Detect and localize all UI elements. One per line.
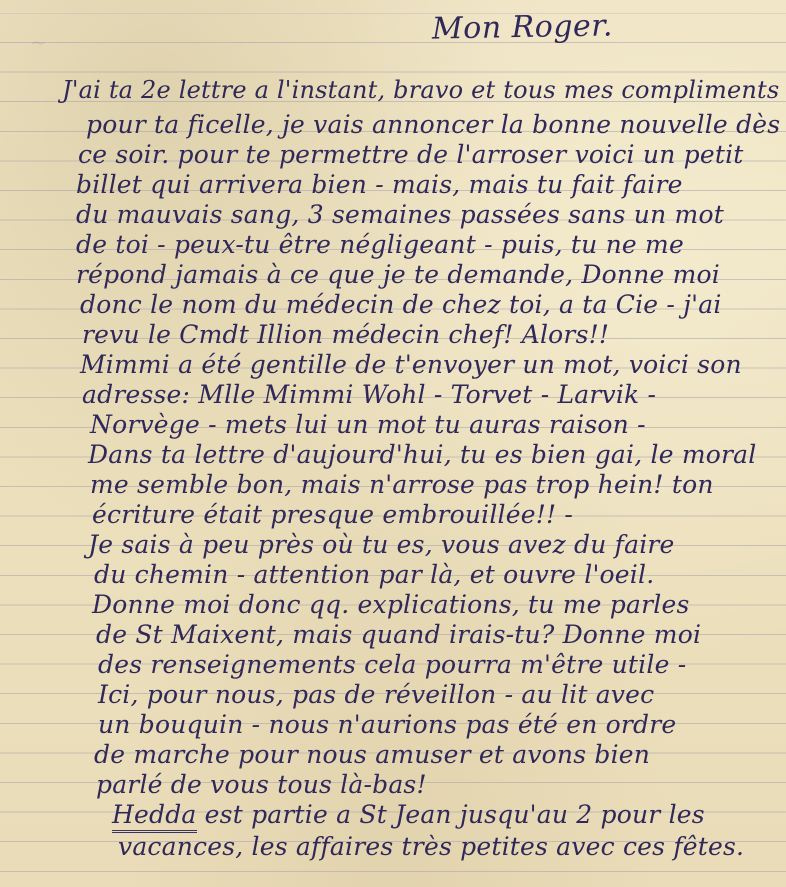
letter-line: billet qui arrivera bien - mais, mais tu… bbox=[76, 170, 683, 199]
letter-line: Donne moi donc qq. explications, tu me p… bbox=[92, 590, 689, 619]
underlined-name: Hedda bbox=[112, 800, 197, 833]
letter-line: du mauvais sang, 3 semaines passées sans… bbox=[76, 200, 724, 229]
bleed-through-marks: ~ bbox=[30, 30, 47, 54]
letter-line: de marche pour nous amuser et avons bien bbox=[94, 740, 650, 769]
letter-line: parlé de vous tous là-bas! bbox=[96, 770, 427, 799]
letter-line-text: est partie a St Jean jusqu'au 2 pour les bbox=[205, 800, 705, 829]
letter-line: donc le nom du médecin de chez toi, a ta… bbox=[80, 290, 722, 319]
letter-line: de toi - peux-tu être négligeant - puis,… bbox=[76, 230, 684, 259]
letter-line: des renseignements cela pourra m'être ut… bbox=[98, 650, 686, 679]
letter-line: revu le Cmdt Illion médecin chef! Alors!… bbox=[82, 320, 609, 349]
letter-line: vacances, les affaires très petites avec… bbox=[118, 832, 744, 861]
letter-line: répond jamais à ce que je te demande, Do… bbox=[76, 260, 720, 289]
letter-line: pour ta ficelle, je vais annoncer la bon… bbox=[86, 110, 780, 139]
letter-line: écriture était presque embrouillée!! - bbox=[92, 500, 573, 529]
letter-line: Ici, pour nous, pas de réveillon - au li… bbox=[98, 680, 654, 709]
letter-line: ce soir. pour te permettre de l'arroser … bbox=[78, 140, 744, 169]
letter-line: un bouquin - nous n'aurions pas été en o… bbox=[98, 710, 676, 739]
letter-line: adresse: Mlle Mimmi Wohl - Torvet - Larv… bbox=[82, 380, 656, 409]
letter-line: me semble bon, mais n'arrose pas trop he… bbox=[90, 470, 714, 499]
letter-line: du chemin - attention par là, et ouvre l… bbox=[94, 560, 654, 589]
letter-line: de St Maixent, mais quand irais-tu? Donn… bbox=[96, 620, 701, 649]
letter-page: ~ Mon Roger. J'ai ta 2e lettre a l'insta… bbox=[0, 0, 786, 887]
letter-line: J'ai ta 2e lettre a l'instant, bravo et … bbox=[62, 76, 779, 104]
salutation: Mon Roger. bbox=[432, 8, 613, 46]
letter-line: Dans ta lettre d'aujourd'hui, tu es bien… bbox=[88, 440, 756, 469]
letter-line-hedda: Hedda est partie a St Jean jusqu'au 2 po… bbox=[112, 800, 705, 829]
letter-line: Mimmi a été gentille de t'envoyer un mot… bbox=[80, 350, 742, 379]
letter-line: Norvège - mets lui un mot tu auras raiso… bbox=[90, 410, 646, 439]
letter-line: Je sais à peu près où tu es, vous avez d… bbox=[88, 530, 675, 559]
